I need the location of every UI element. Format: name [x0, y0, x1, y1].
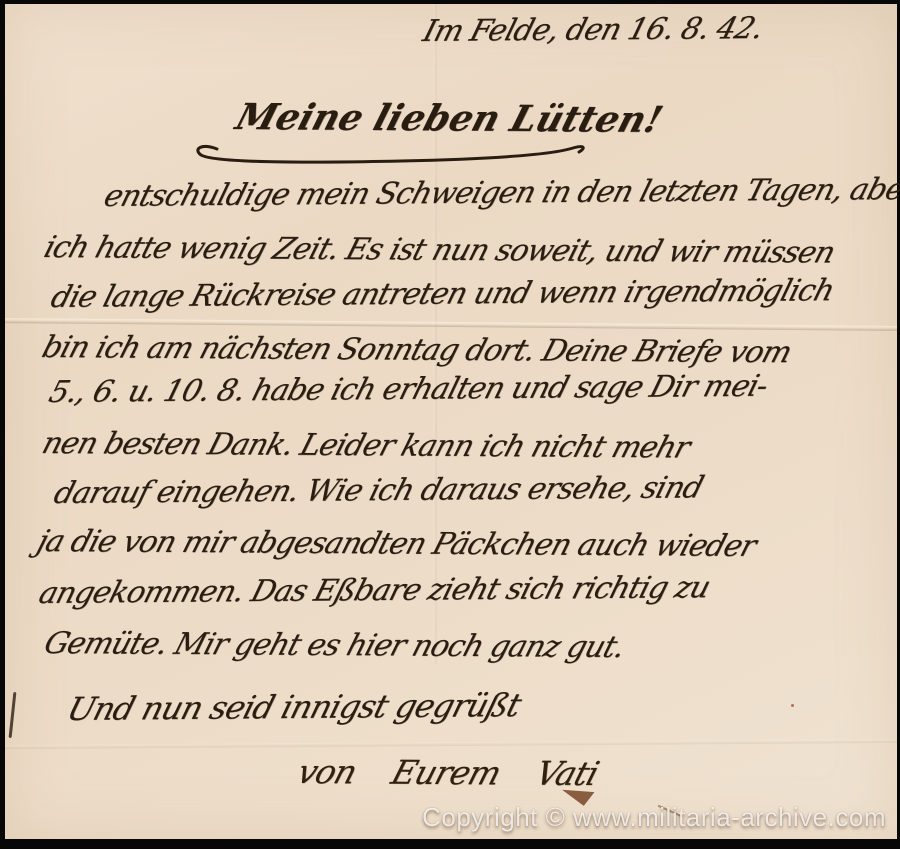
body-line: ich hatte wenig Zeit. Es ist nun soweit,…: [40, 230, 839, 271]
body-line: die lange Rückreise antreten und wenn ir…: [47, 273, 838, 315]
signature: von Eurem Vati: [293, 752, 603, 793]
body-line: entschuldige mein Schweigen in den letzt…: [100, 172, 900, 214]
salutation: Meine lieben Lütten!: [231, 96, 667, 141]
scan-border: Im Felde, den 16. 8. 42. Meine lieben Lü…: [0, 0, 900, 849]
body-line: darauf eingehen. Wie ich daraus ersehe, …: [50, 470, 707, 511]
body-line: Gemüte. Mir geht es hier noch ganz gut.: [40, 626, 629, 665]
body-line: nen besten Dank. Leider kann ich nicht m…: [38, 426, 694, 466]
salutation-flourish-underline: [191, 137, 591, 171]
body-line: 5., 6. u. 10. 8. habe ich erhalten und s…: [45, 369, 771, 410]
paper-speck: [791, 704, 794, 707]
stray-pen-stroke: [9, 692, 17, 738]
letter-paper: Im Felde, den 16. 8. 42. Meine lieben Lü…: [5, 4, 897, 839]
date-line: Im Felde, den 16. 8. 42.: [419, 11, 767, 49]
copyright-watermark: Copyright © www.militaria-archive.com: [422, 802, 886, 833]
body-line: ja die von mir abgesandten Päckchen auch…: [33, 524, 760, 564]
body-line: bin ich am nächsten Sonntag dort. Deine …: [38, 330, 795, 370]
body-line: angekommen. Das Eßbare zieht sich richti…: [35, 570, 714, 611]
closing-line: Und nun seid innigst gegrüßt: [63, 686, 525, 728]
horizontal-fold-crease-lower: [5, 739, 897, 749]
horizontal-fold-crease-upper: [5, 318, 897, 331]
